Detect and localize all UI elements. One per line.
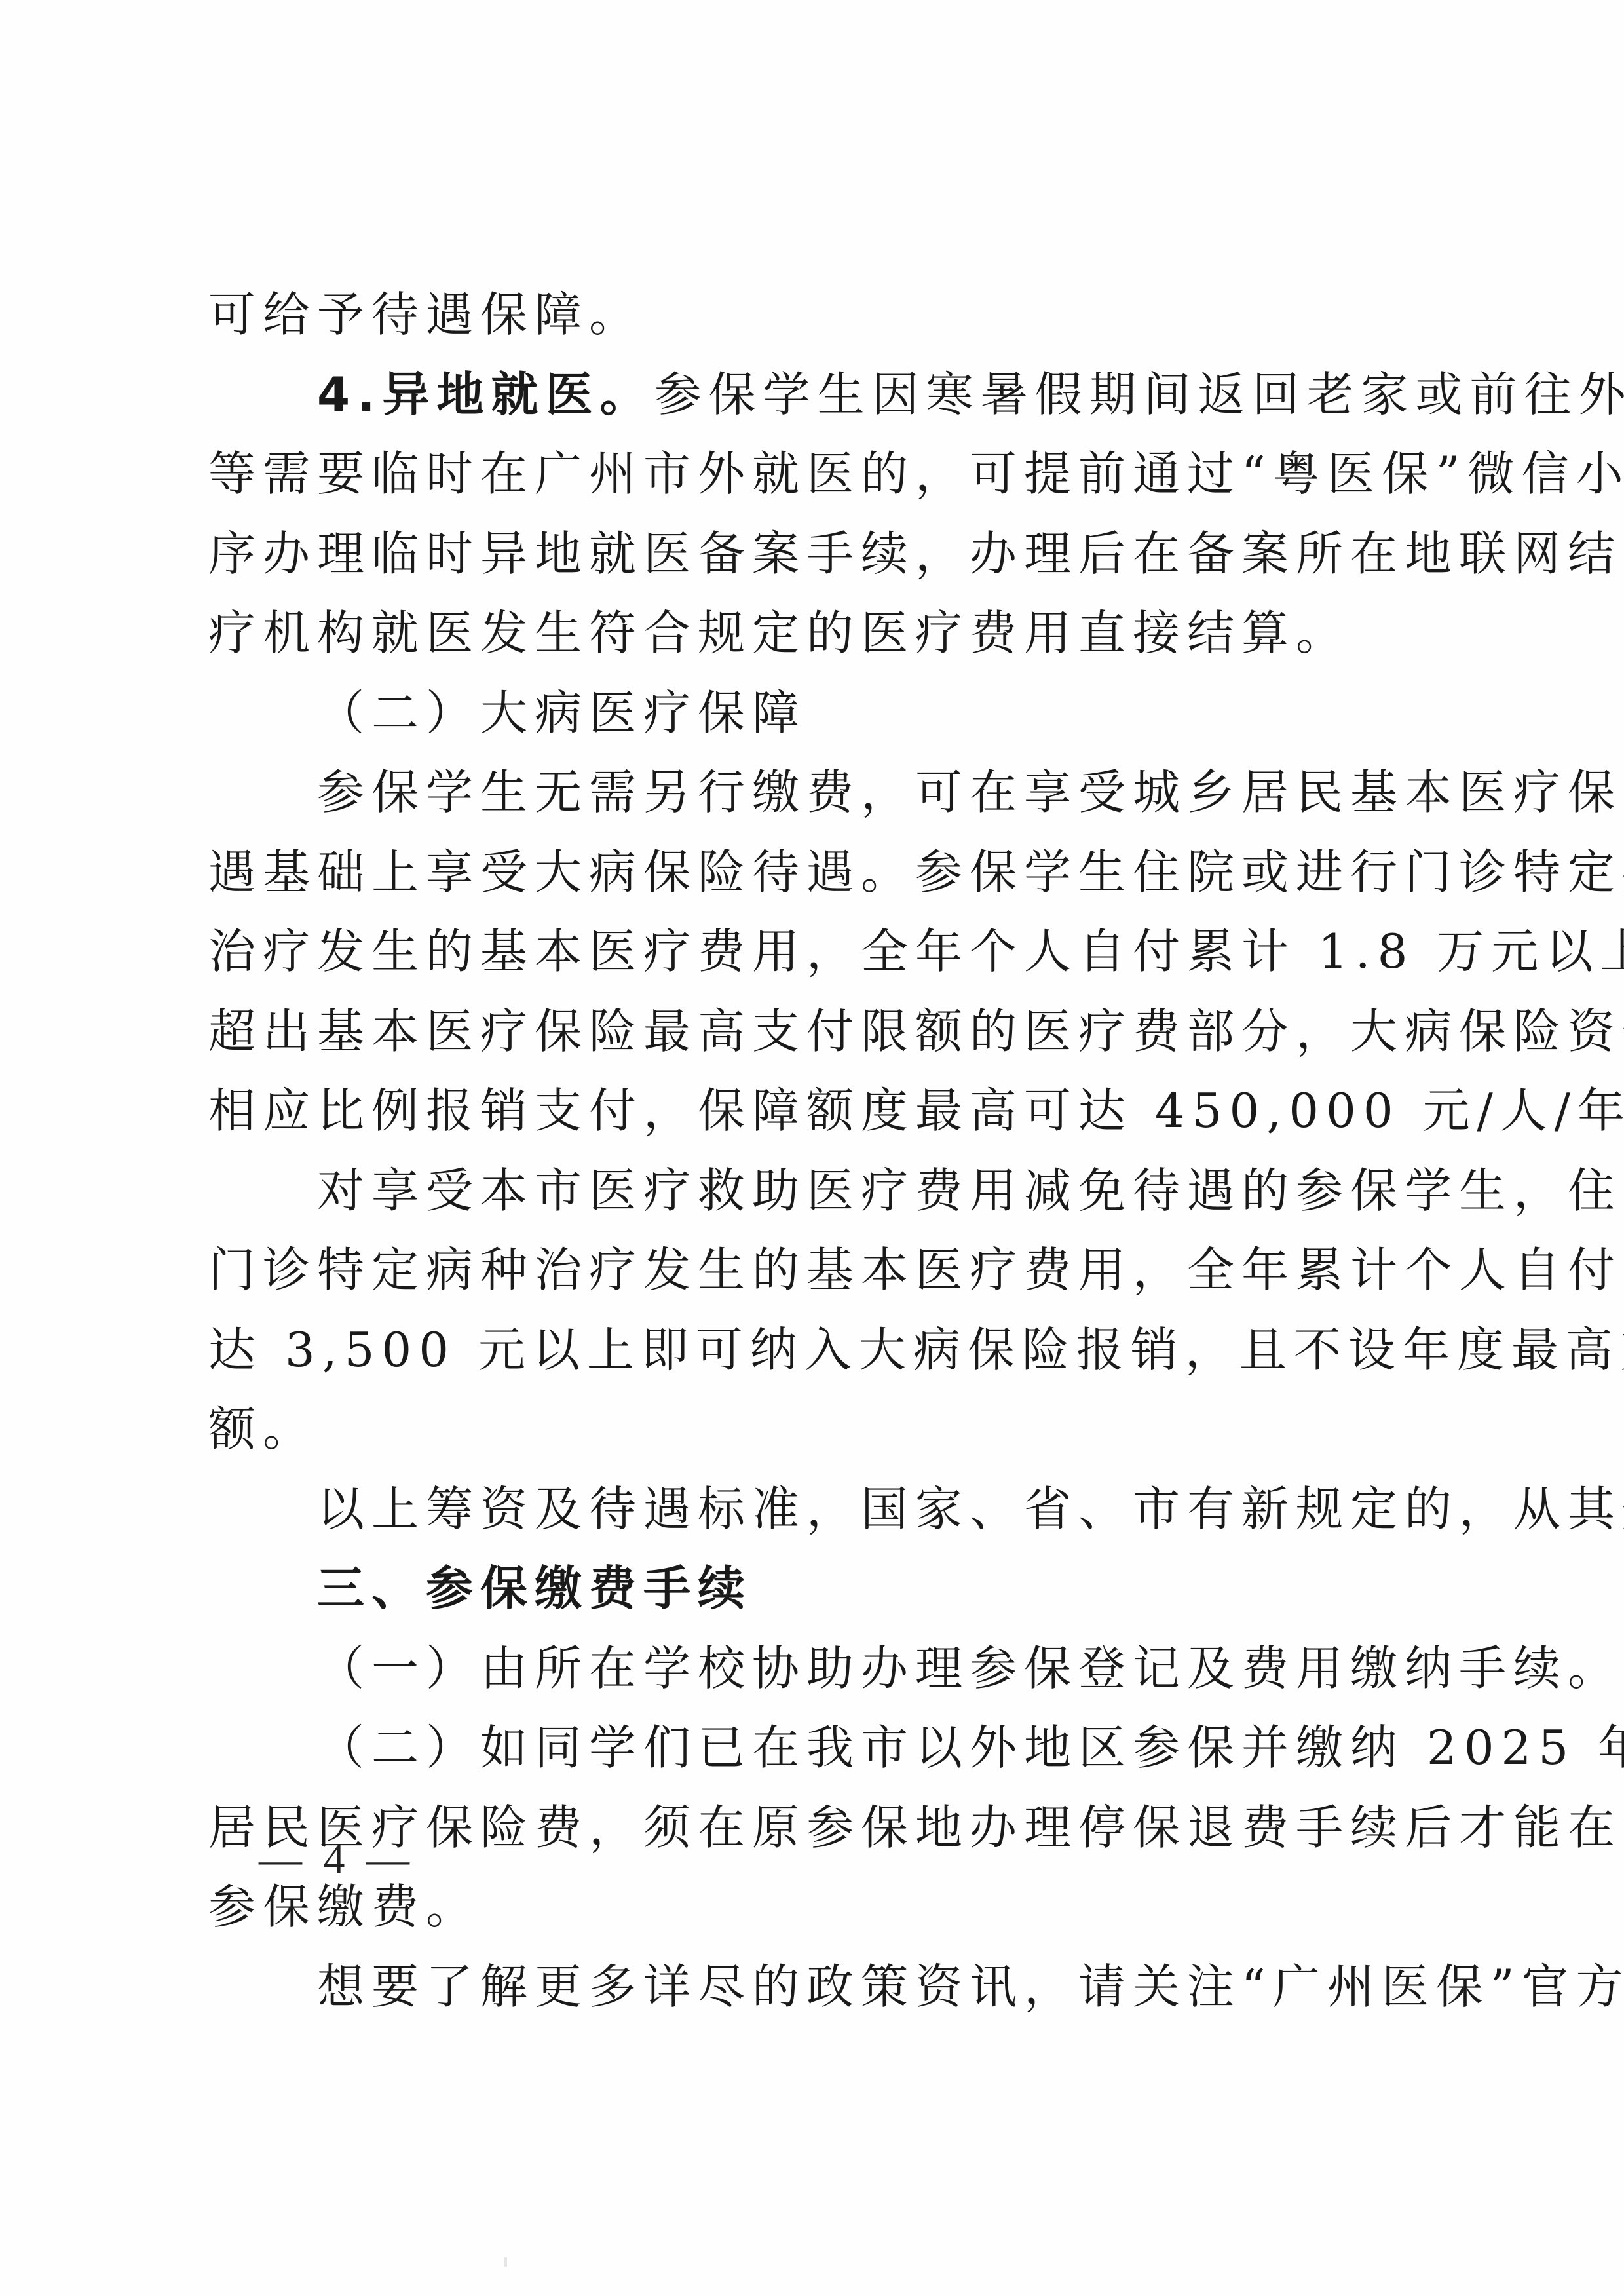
paragraph-line: 相应比例报销支付，保障额度最高可达 450,000 元/人/年。 <box>208 1071 1420 1151</box>
paragraph-text: 参保学生因寒暑假期间返回老家或前往外地旅游 <box>654 367 1624 422</box>
paragraph-line: 可给予待遇保障。 <box>208 275 1420 355</box>
paragraph-line: 治疗发生的基本医疗费用，全年个人自付累计 1.8 万元以上，以及 <box>208 912 1420 992</box>
paragraph-line: 以上筹资及待遇标准，国家、省、市有新规定的，从其规定。 <box>208 1470 1420 1550</box>
paragraph-line: 超出基本医疗保险最高支付限额的医疗费部分，大病保险资金按 <box>208 992 1420 1072</box>
paragraph-line: （二）如同学们已在我市以外地区参保并缴纳 2025 年度城乡 <box>208 1708 1420 1788</box>
paragraph-line: 达 3,500 元以上即可纳入大病保险报销，且不设年度最高支付限 <box>208 1311 1420 1390</box>
scan-artifact <box>504 2257 507 2267</box>
paragraph-line: 序办理临时异地就医备案手续，办理后在备案所在地联网结算医 <box>208 514 1420 594</box>
paragraph-line: 额。 <box>208 1390 1420 1470</box>
paragraph-line: 等需要临时在广州市外就医的，可提前通过“粤医保”微信小程 <box>208 434 1420 514</box>
paragraph-line: （一）由所在学校协助办理参保登记及费用缴纳手续。 <box>208 1629 1420 1709</box>
paragraph-line: 遇基础上享受大病保险待遇。参保学生住院或进行门诊特定病种 <box>208 833 1420 913</box>
paragraph-line: 疗机构就医发生符合规定的医疗费用直接结算。 <box>208 594 1420 674</box>
section-heading: 三、参保缴费手续 <box>208 1549 1420 1629</box>
paragraph-line: 4.异地就医。参保学生因寒暑假期间返回老家或前往外地旅游 <box>208 355 1420 435</box>
paragraph-line: 想要了解更多详尽的政策资讯，请关注“广州医保”官方微 <box>208 1947 1420 2027</box>
paragraph-line: 门诊特定病种治疗发生的基本医疗费用，全年累计个人自付费用 <box>208 1231 1420 1311</box>
body-text: 可给予待遇保障。 4.异地就医。参保学生因寒暑假期间返回老家或前往外地旅游 等需… <box>208 275 1420 2027</box>
document-page: 可给予待遇保障。 4.异地就医。参保学生因寒暑假期间返回老家或前往外地旅游 等需… <box>0 0 1624 2296</box>
paragraph-line: 参保学生无需另行缴费，可在享受城乡居民基本医疗保险待 <box>208 753 1420 833</box>
subsection-heading: （二）大病医疗保障 <box>208 674 1420 754</box>
page-number: — 4 — <box>259 1835 415 1885</box>
paragraph-line: 对享受本市医疗救助医疗费用减免待遇的参保学生，住院或 <box>208 1151 1420 1231</box>
item-4-heading: 4.异地就医。 <box>317 367 654 422</box>
